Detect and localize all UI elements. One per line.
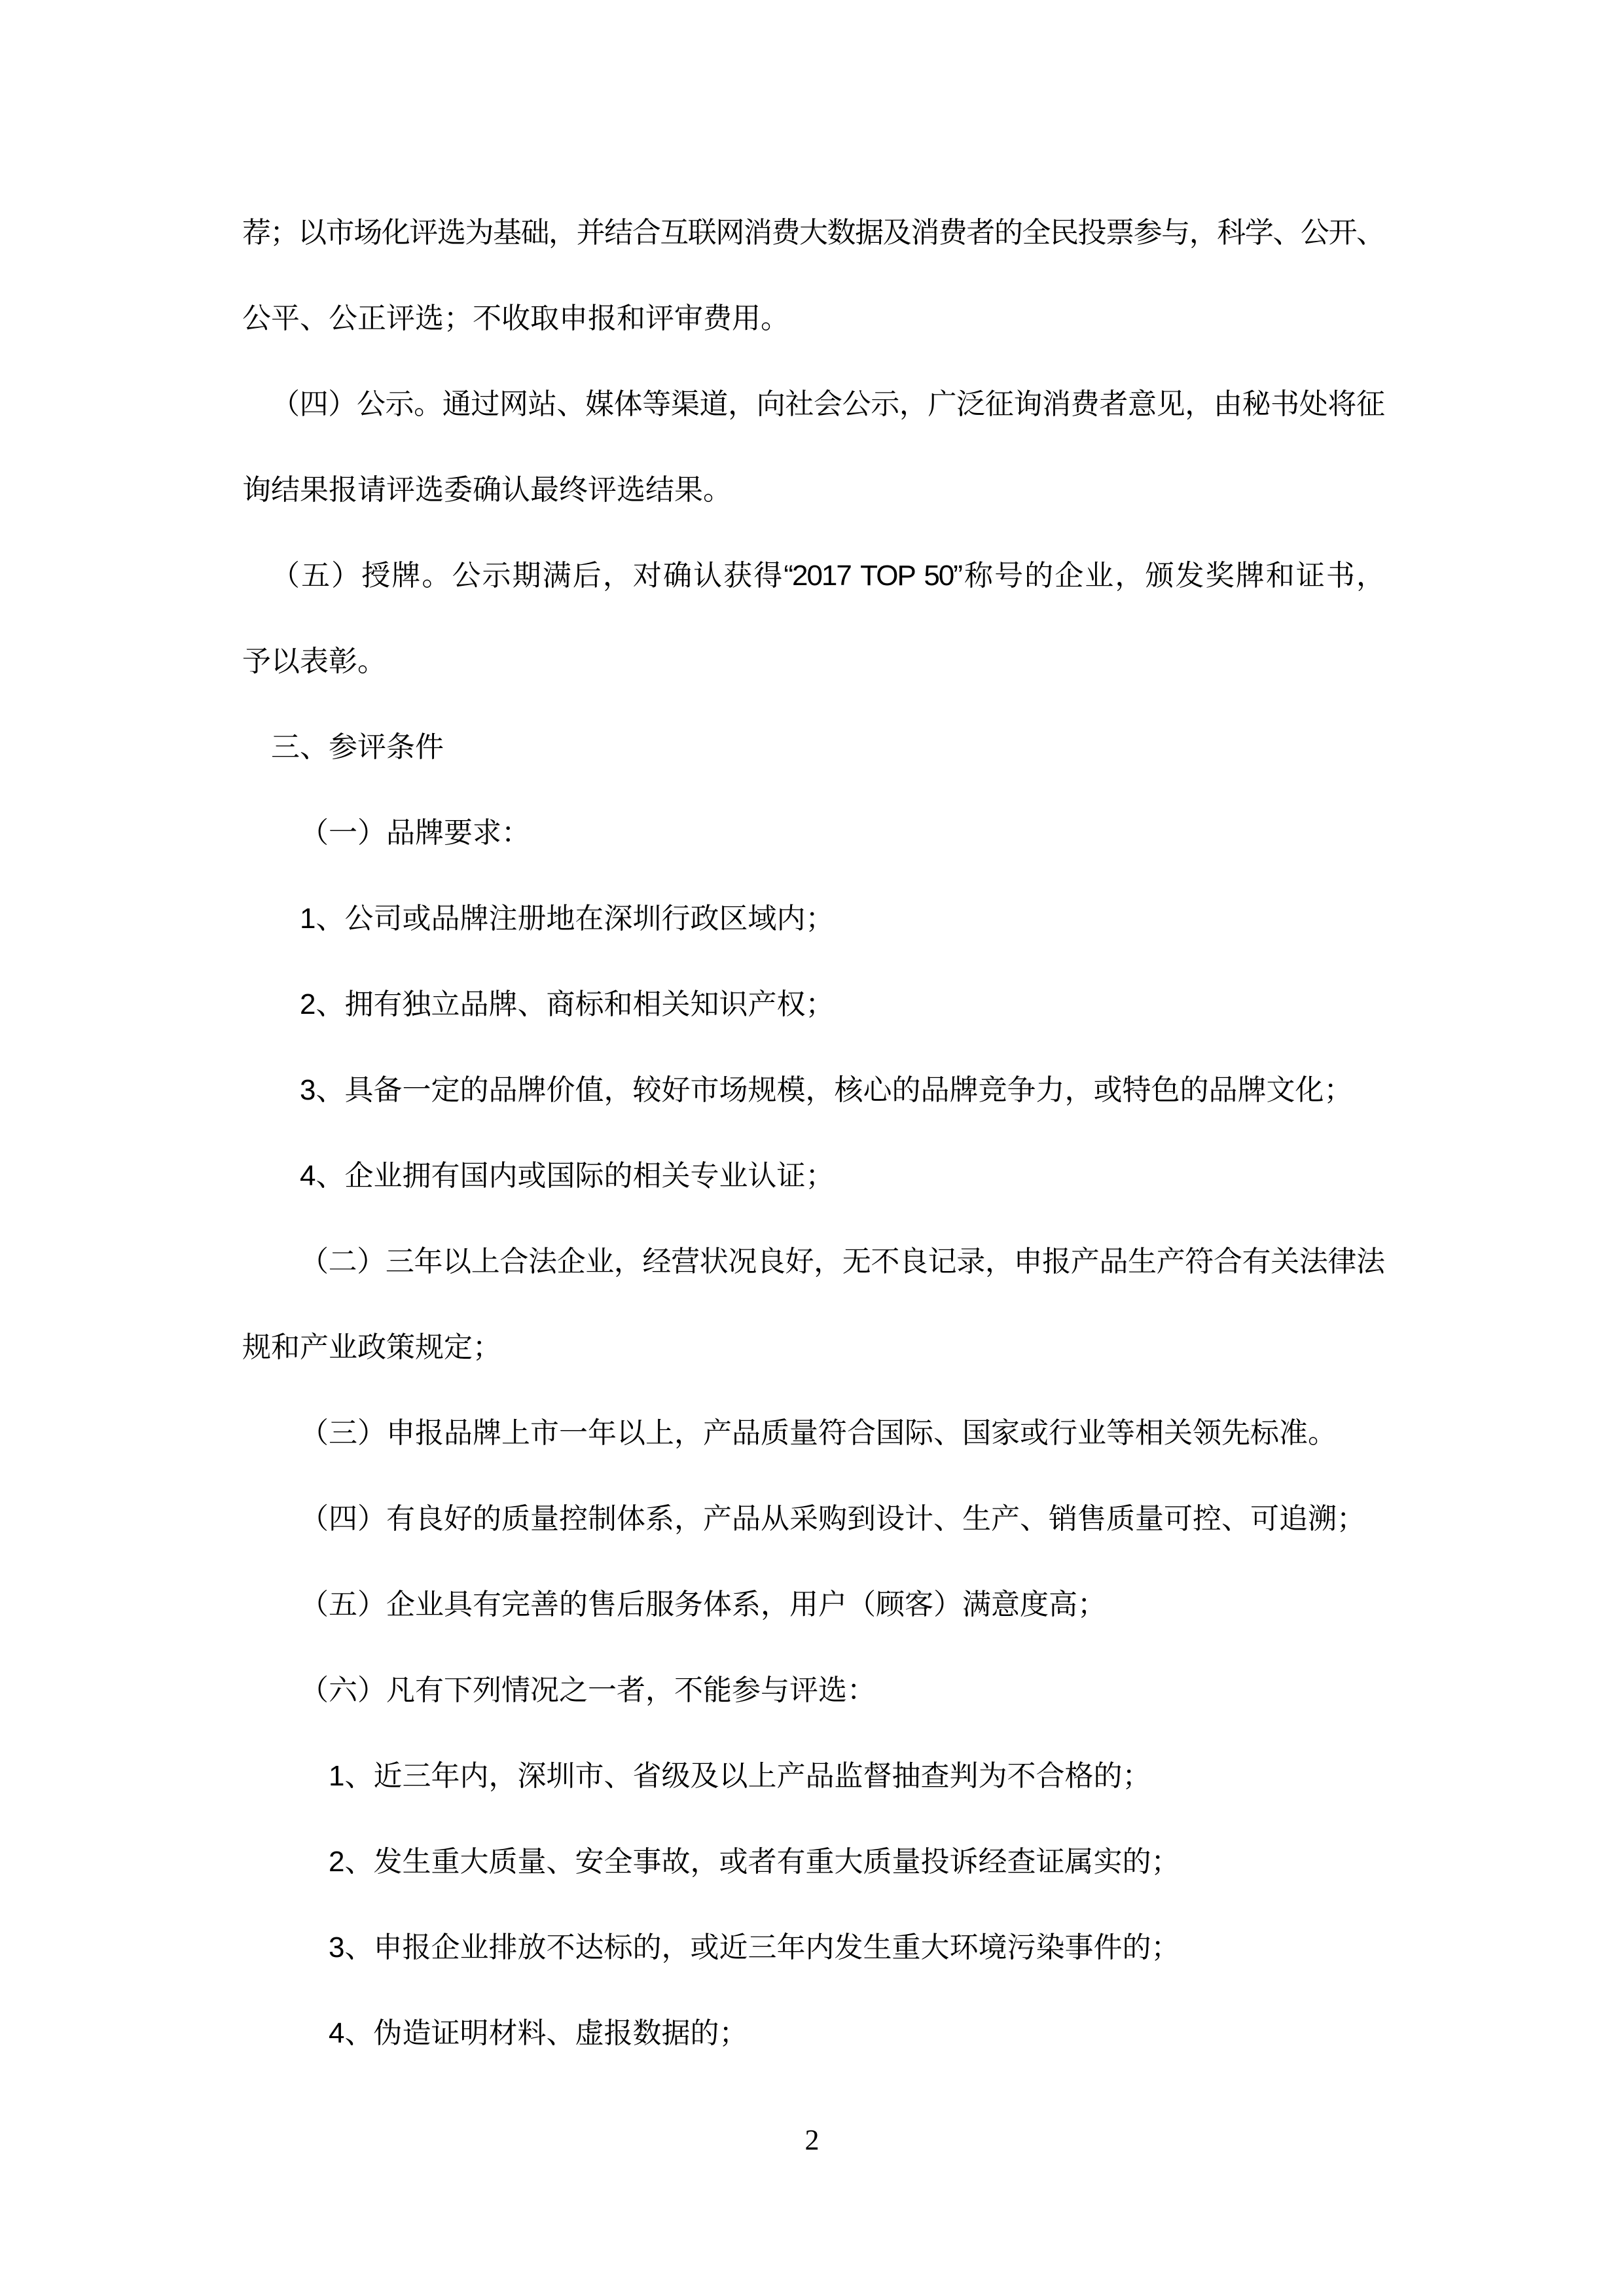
text-line: 3、申报企业排放不达标的，或近三年内发生重大环境污染事件的； bbox=[242, 1905, 1384, 1990]
text-line: 询结果报请评选委确认最终评选结果。 bbox=[242, 447, 1384, 533]
text-line: 规和产业政策规定； bbox=[242, 1304, 1384, 1390]
text-line: （三）申报品牌上市一年以上，产品质量符合国际、国家或行业等相关领先标准。 bbox=[242, 1390, 1384, 1476]
text-line: （六）凡有下列情况之一者，不能参与评选： bbox=[242, 1647, 1384, 1733]
text-line: （四）有良好的质量控制体系，产品从采购到设计、生产、销售质量可控、可追溯； bbox=[242, 1476, 1384, 1562]
text-line: 3、具备一定的品牌价值，较好市场规模，核心的品牌竞争力，或特色的品牌文化； bbox=[242, 1047, 1384, 1133]
document-body: 荐；以市场化评选为基础，并结合互联网消费大数据及消费者的全民投票参与，科学、公开… bbox=[242, 190, 1384, 2076]
text-line: （四）公示。通过网站、媒体等渠道，向社会公示，广泛征询消费者意见，由秘书处将征 bbox=[242, 361, 1384, 447]
text-line: （一）品牌要求： bbox=[242, 790, 1384, 876]
text-line: 荐；以市场化评选为基础，并结合互联网消费大数据及消费者的全民投票参与，科学、公开… bbox=[242, 190, 1384, 276]
text-line: （二）三年以上合法企业，经营状况良好，无不良记录，申报产品生产符合有关法律法 bbox=[242, 1219, 1384, 1304]
text-line: 1、近三年内，深圳市、省级及以上产品监督抽查判为不合格的； bbox=[242, 1733, 1384, 1819]
text-line: 4、企业拥有国内或国际的相关专业认证； bbox=[242, 1133, 1384, 1219]
text-line: 公平、公正评选；不收取申报和评审费用。 bbox=[242, 276, 1384, 361]
text-line: 1、公司或品牌注册地在深圳行政区域内； bbox=[242, 876, 1384, 961]
text-line: （五）企业具有完善的售后服务体系，用户（顾客）满意度高； bbox=[242, 1562, 1384, 1647]
text-line: （五）授牌。公示期满后，对确认获得“2017 TOP 50”称号的企业，颁发奖牌… bbox=[242, 533, 1384, 619]
text-line: 2、拥有独立品牌、商标和相关知识产权； bbox=[242, 961, 1384, 1047]
page-number: 2 bbox=[0, 2125, 1624, 2156]
document-page: 荐；以市场化评选为基础，并结合互联网消费大数据及消费者的全民投票参与，科学、公开… bbox=[0, 0, 1624, 2296]
text-line: 予以表彰。 bbox=[242, 619, 1384, 704]
text-line: 三、参评条件 bbox=[242, 704, 1384, 790]
text-line: 2、发生重大质量、安全事故，或者有重大质量投诉经查证属实的； bbox=[242, 1819, 1384, 1905]
text-line: 4、伪造证明材料、虚报数据的； bbox=[242, 1990, 1384, 2076]
